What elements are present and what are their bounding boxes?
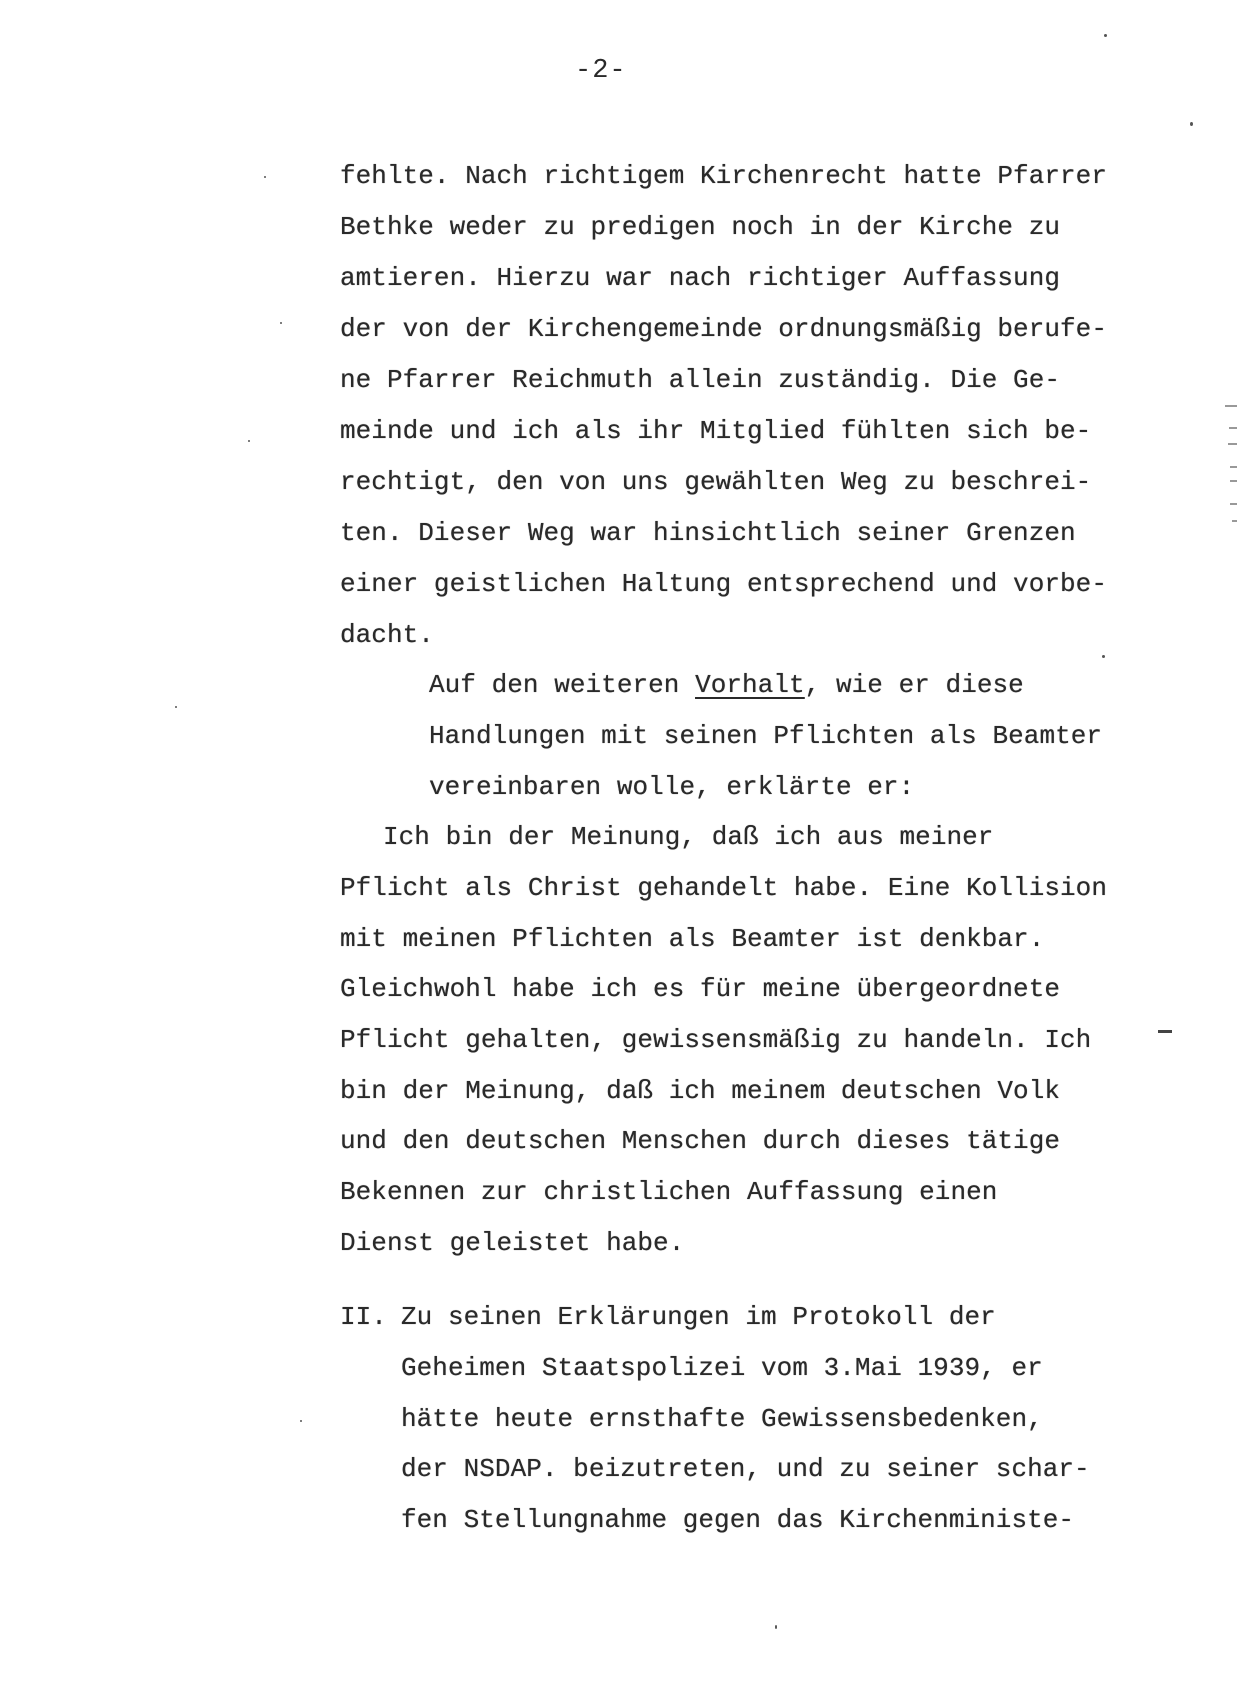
answer-line: Gleichwohl habe ich es für meine übergeo… xyxy=(340,974,1060,1004)
answer-line: Dienst geleistet habe. xyxy=(340,1228,684,1258)
text-line: einer geistlichen Haltung entsprechend u… xyxy=(340,569,1107,599)
margin-mark xyxy=(1230,503,1237,505)
question-text: Auf den weiteren xyxy=(429,670,695,700)
text-line: ne Pfarrer Reichmuth allein zuständig. D… xyxy=(340,365,1060,395)
answer-line: mit meinen Pflichten als Beamter ist den… xyxy=(340,924,1044,954)
scan-speck xyxy=(280,322,282,324)
margin-mark xyxy=(1225,405,1237,407)
scan-speck xyxy=(175,706,177,708)
margin-mark xyxy=(1232,520,1237,522)
answer-line: und den deutschen Menschen durch dieses … xyxy=(340,1126,1060,1156)
scan-speck xyxy=(1102,655,1105,658)
section-line: Geheimen Staatspolizei vom 3.Mai 1939, e… xyxy=(401,1353,1043,1383)
section-line: Zu seinen Erklärungen im Protokoll der xyxy=(401,1302,996,1332)
text-line: fehlte. Nach richtigem Kirchenrecht hatt… xyxy=(340,161,1107,191)
text-line: meinde und ich als ihr Mitglied fühlten … xyxy=(340,416,1091,446)
question-line: vereinbaren wolle, erklärte er: xyxy=(429,772,914,802)
answer-line: Bekennen zur christlichen Auffassung ein… xyxy=(340,1177,997,1207)
section-line: hätte heute ernsthafte Gewissensbedenken… xyxy=(401,1404,1043,1434)
scan-speck xyxy=(775,1625,777,1629)
text-line: ten. Dieser Weg war hinsichtlich seiner … xyxy=(340,518,1076,548)
scan-speck xyxy=(264,176,266,178)
scan-speck xyxy=(248,440,250,442)
text-line: rechtigt, den von uns gewählten Weg zu b… xyxy=(340,467,1091,497)
text-line: dacht. xyxy=(340,620,434,650)
margin-mark xyxy=(1230,466,1237,468)
page-number: -2- xyxy=(575,56,627,86)
margin-mark xyxy=(1158,1030,1172,1033)
text-line: amtieren. Hierzu war nach richtiger Auff… xyxy=(340,263,1060,293)
underlined-term: Vorhalt xyxy=(695,670,805,700)
answer-line: Pflicht als Christ gehandelt habe. Eine … xyxy=(340,873,1107,903)
section-numeral: II. xyxy=(340,1302,387,1332)
margin-mark xyxy=(1228,443,1237,445)
question-line: Auf den weiteren Vorhalt, wie er diese xyxy=(429,670,1024,700)
text-line: Bethke weder zu predigen noch in der Kir… xyxy=(340,212,1060,242)
scan-speck xyxy=(1190,122,1193,126)
question-text: , wie er diese xyxy=(805,670,1024,700)
answer-line: bin der Meinung, daß ich meinem deutsche… xyxy=(340,1076,1060,1106)
answer-line: Pflicht gehalten, gewissensmäßig zu hand… xyxy=(340,1025,1091,1055)
scan-speck xyxy=(300,1420,302,1422)
scan-speck xyxy=(1104,34,1107,37)
question-line: Handlungen mit seinen Pflichten als Beam… xyxy=(429,721,1102,751)
section-line: fen Stellungnahme gegen das Kirchenminis… xyxy=(401,1505,1074,1535)
text-line: der von der Kirchengemeinde ordnungsmäßi… xyxy=(340,314,1107,344)
section-line: der NSDAP. beizutreten, und zu seiner sc… xyxy=(401,1454,1090,1484)
margin-mark xyxy=(1229,427,1237,429)
margin-mark xyxy=(1230,480,1237,482)
answer-line: Ich bin der Meinung, daß ich aus meiner xyxy=(383,822,993,852)
